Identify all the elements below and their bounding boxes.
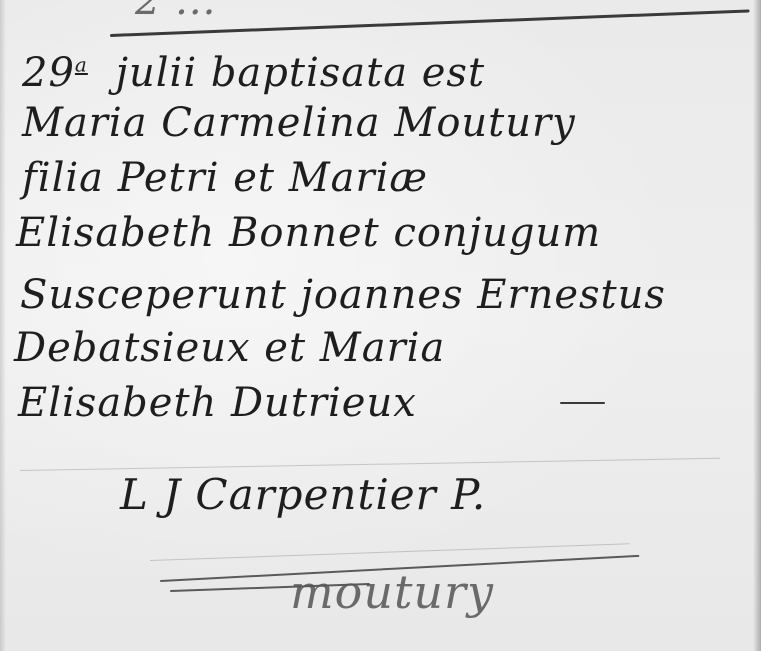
entry-line-text: julii baptisata est [116,50,485,96]
entry-line-6: Debatsieux et Maria [14,325,445,371]
father-signature: moutury [290,565,494,619]
page-right-edge [753,0,761,651]
entry-date-day: 29 [22,50,75,96]
entry-line-2: Maria Carmelina Moutury [22,100,576,146]
register-page: 2 ... 29a julii baptisata est Maria Carm… [0,0,761,651]
page-left-edge [0,0,6,651]
priest-signature: L J Carpentier P. [120,470,486,519]
entry-date-suffix: a [75,53,88,77]
entry-line-5: Susceperunt joannes Ernestus [20,272,666,318]
entry-line-3: filia Petri et Mariæ [22,155,428,201]
entry-line-1: 29a julii baptisata est [22,50,485,96]
header-fragment: 2 ... [135,0,216,24]
line-end-flourish [560,402,605,404]
entry-line-7: Elisabeth Dutrieux [18,380,417,426]
entry-line-4: Elisabeth Bonnet conjugum [16,210,601,256]
